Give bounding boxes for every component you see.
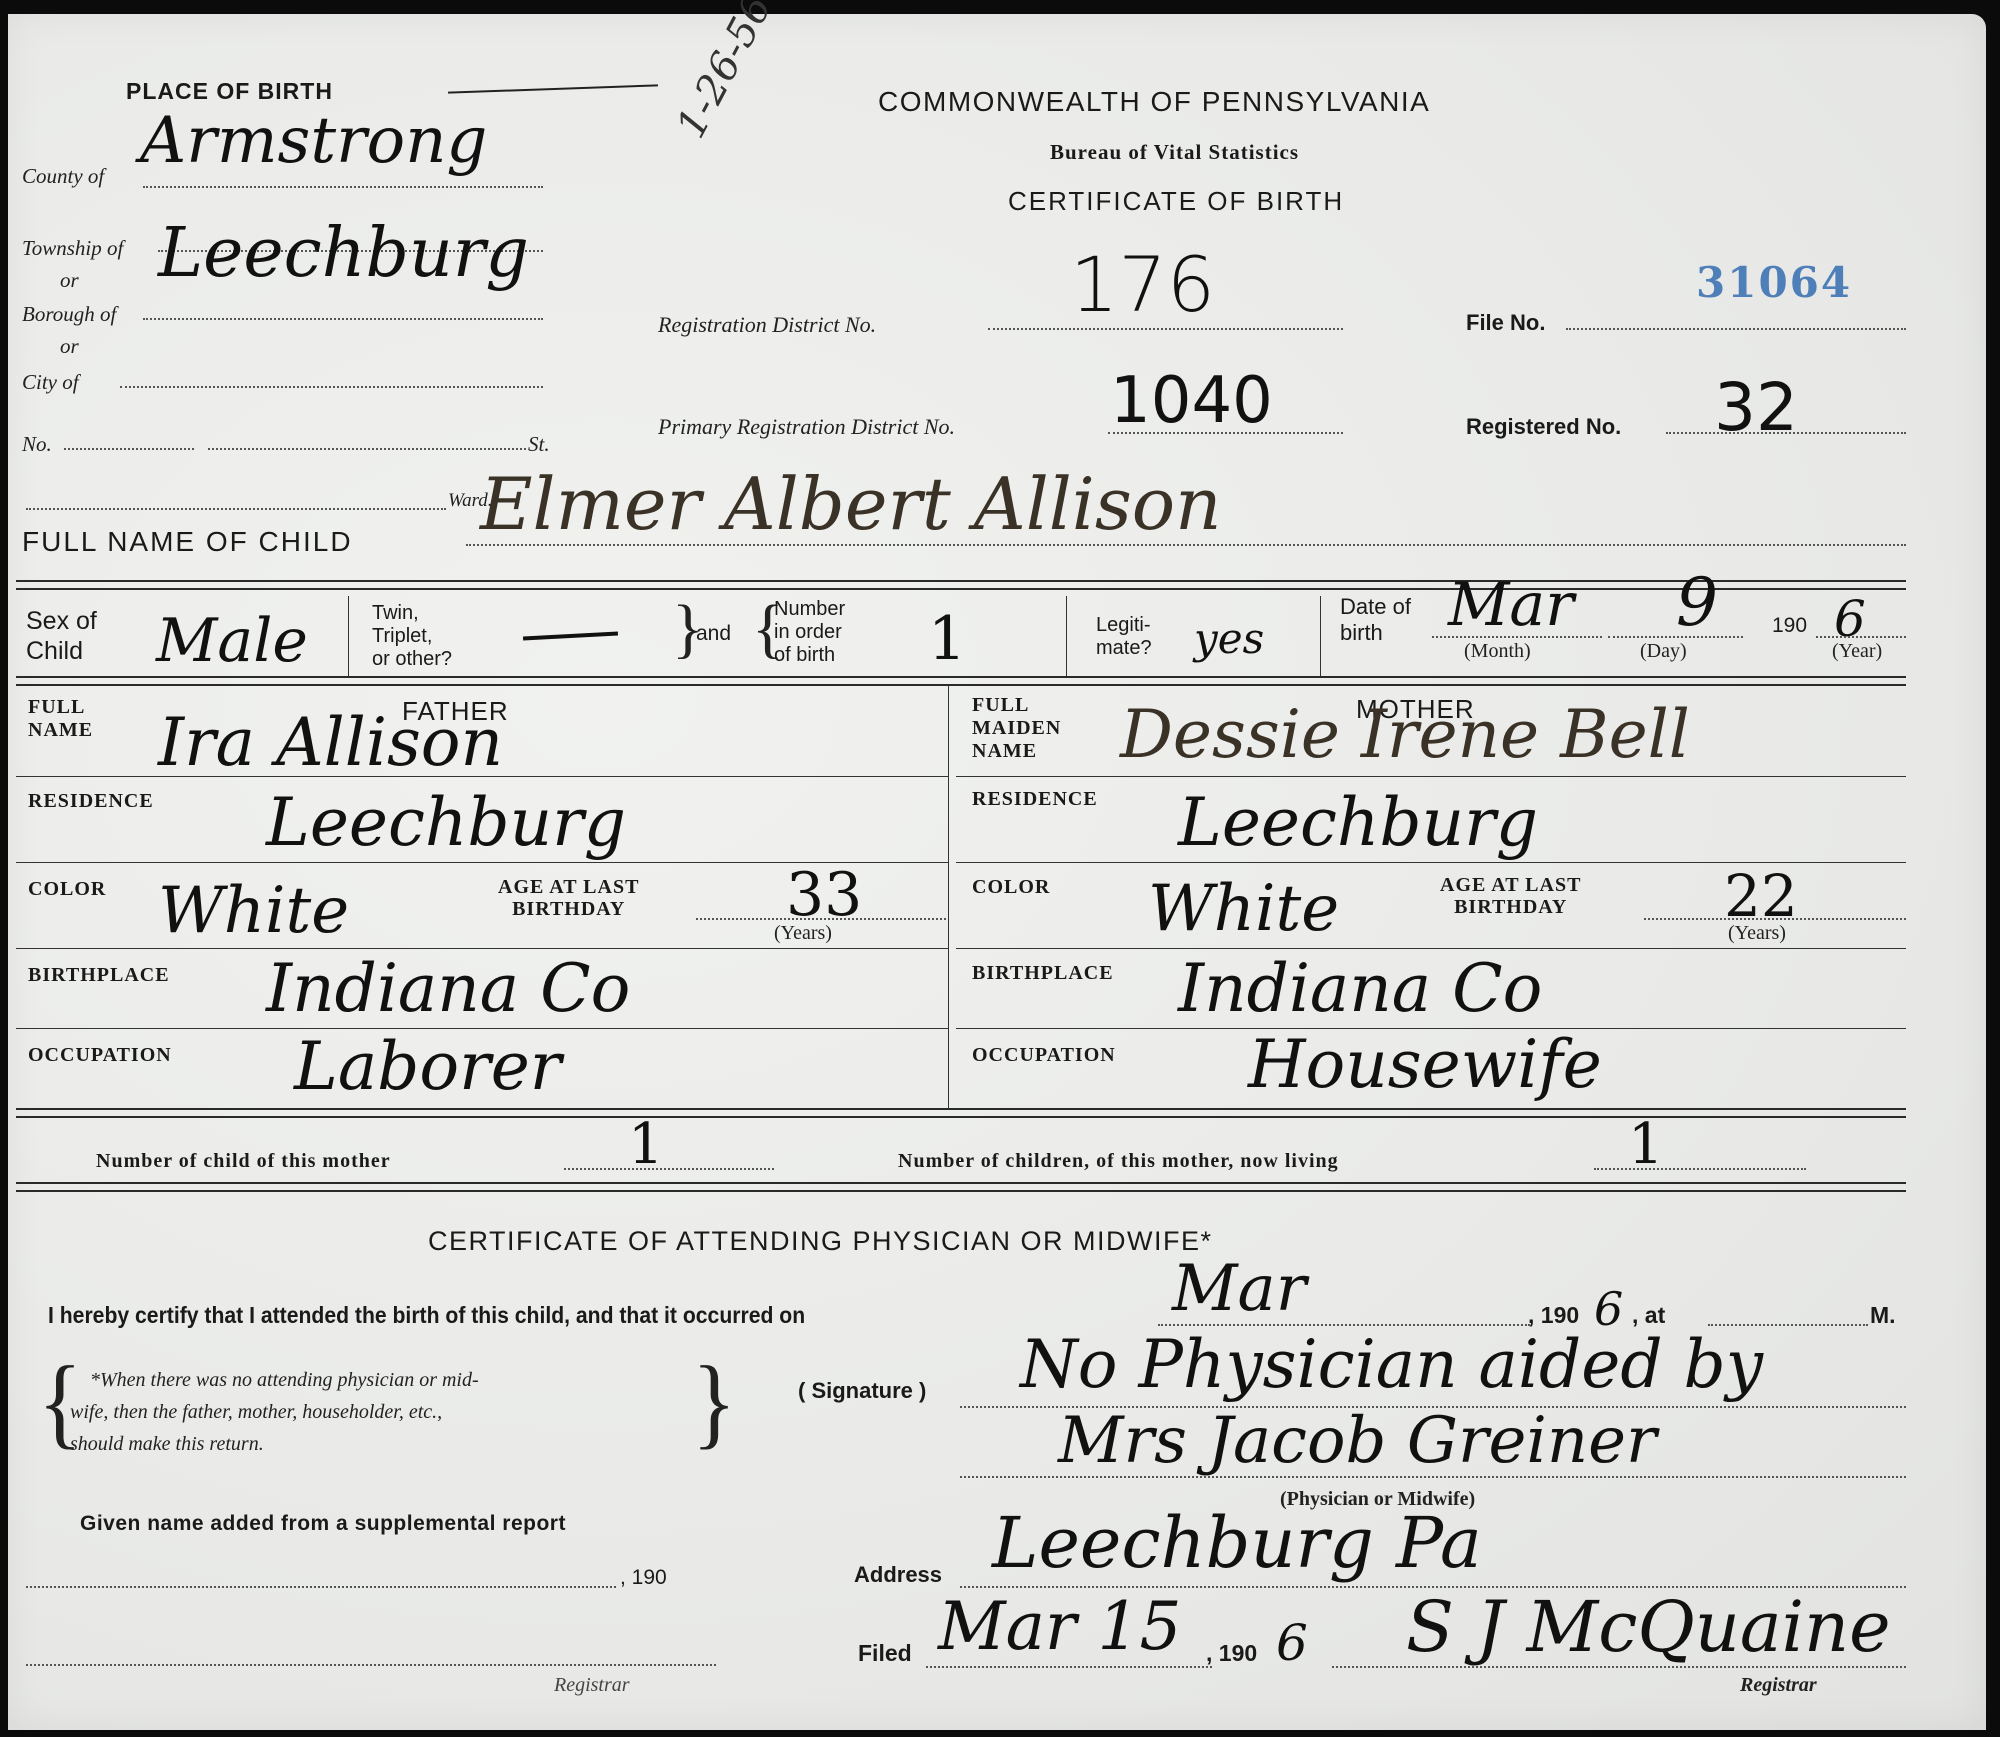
legitimate-label: Legiti- mate?	[1096, 614, 1152, 660]
twin-label: Twin, Triplet, or other?	[372, 602, 452, 671]
divider	[956, 776, 1906, 777]
footnote-brace-right: }	[692, 1351, 736, 1452]
file-no-line	[1566, 328, 1906, 330]
occurred-month: Mar	[1172, 1252, 1306, 1326]
mother-birthplace-value: Indiana Co	[1178, 950, 1542, 1027]
divider	[1320, 596, 1321, 676]
year-caption: (Year)	[1832, 640, 1882, 663]
city-label: City of	[22, 370, 79, 395]
divider	[16, 684, 1906, 686]
filed-date-line	[926, 1666, 1212, 1668]
number-of-child-label: Number of child of this mother	[96, 1150, 391, 1173]
at-label: , at	[1632, 1302, 1665, 1329]
state-title: COMMONWEALTH OF PENNSYLVANIA	[878, 86, 1430, 118]
mother-age-caption: (Years)	[1728, 922, 1786, 945]
father-name-label: FULL NAME	[28, 696, 93, 742]
mother-occupation-value: Housewife	[1248, 1026, 1602, 1103]
divider	[16, 1190, 1906, 1192]
sex-value: Male	[156, 606, 308, 676]
street-line	[208, 448, 526, 450]
order-value: 1	[928, 604, 966, 674]
street-no-label: No.	[22, 432, 52, 457]
divider	[16, 1108, 1906, 1110]
number-of-child-line	[564, 1168, 774, 1170]
divider	[16, 1182, 1906, 1184]
dob-label: Date of birth	[1340, 594, 1411, 646]
registrar-signature: S J McQuaine	[1406, 1586, 1891, 1668]
dob-day: 9	[1676, 564, 1718, 641]
street-no-line	[64, 448, 194, 450]
certificate-title: CERTIFICATE OF BIRTH	[1008, 186, 1344, 217]
borough-label: Borough of	[22, 302, 116, 327]
divider	[16, 1116, 1906, 1118]
father-age-caption: (Years)	[774, 922, 832, 945]
father-color-value: White	[158, 874, 349, 948]
and-label: and	[696, 622, 731, 646]
supplemental-registrar-caption: Registrar	[554, 1674, 630, 1697]
mother-residence-label: RESIDENCE	[972, 788, 1098, 811]
dob-day-line	[1608, 636, 1743, 638]
primary-registration-district-label: Primary Registration District No.	[658, 414, 955, 440]
filed-date-value: Mar 15	[938, 1588, 1181, 1665]
divider	[348, 596, 349, 676]
county-label: County of	[22, 164, 104, 189]
child-name-value: Elmer Albert Allison	[480, 462, 1221, 546]
father-residence-label: RESIDENCE	[28, 790, 154, 813]
certify-text: I hereby certify that I attended the bir…	[48, 1302, 805, 1329]
legitimate-value: yes	[1194, 614, 1264, 663]
supplemental-name-line	[26, 1586, 616, 1588]
m-label: M.	[1870, 1302, 1896, 1329]
mother-birthplace-label: BIRTHPLACE	[972, 962, 1114, 985]
dob-month: Mar	[1448, 570, 1574, 640]
child-name-line	[466, 544, 1906, 546]
attendant-heading: CERTIFICATE OF ATTENDING PHYSICIAN OR MI…	[428, 1226, 1213, 1257]
father-birthplace-value: Indiana Co	[266, 950, 630, 1027]
divider	[16, 676, 1906, 678]
father-occupation-label: OCCUPATION	[28, 1044, 172, 1067]
father-age-value: 33	[786, 860, 862, 930]
address-label: Address	[854, 1562, 942, 1588]
mother-name-value: Dessie Irene Bell	[1120, 696, 1690, 773]
dob-century: 190	[1772, 614, 1807, 638]
or-label-2: or	[60, 334, 79, 359]
signature-value-2: Mrs Jacob Greiner	[1058, 1404, 1657, 1478]
city-line	[120, 386, 543, 388]
bureau-title: Bureau of Vital Statistics	[1050, 140, 1299, 165]
father-name-value: Ira Allison	[158, 704, 503, 781]
borough-line	[143, 318, 543, 320]
filed-century: , 190	[1206, 1640, 1257, 1667]
divider	[16, 588, 1906, 590]
supplemental-label: Given name added from a supplemental rep…	[80, 1512, 566, 1536]
number-of-child-value: 1	[628, 1112, 664, 1177]
mother-color-label: COLOR	[972, 876, 1050, 899]
divider	[16, 580, 1906, 582]
ward-line	[26, 508, 446, 510]
sex-label: Sex of Child	[26, 606, 97, 666]
registration-district-label: Registration District No.	[658, 312, 876, 338]
supplemental-registrar-line	[26, 1664, 716, 1666]
registrar-caption: Registrar	[1740, 1674, 1817, 1697]
occurred-century: , 190	[1528, 1302, 1579, 1329]
place-of-birth-heading: PLACE OF BIRTH	[126, 78, 333, 105]
address-value: Leechburg Pa	[992, 1502, 1482, 1584]
or-label-1: or	[60, 268, 79, 293]
birth-certificate-page: PLACE OF BIRTH County of Armstrong Towns…	[8, 14, 1986, 1730]
street-label: St.	[528, 432, 550, 457]
dob-year-line	[1816, 636, 1906, 638]
parents-divider	[948, 686, 949, 1110]
father-birthplace-label: BIRTHPLACE	[28, 964, 170, 987]
divider	[1066, 596, 1067, 676]
primary-registration-district-value: 1040	[1110, 364, 1273, 438]
supplemental-century: , 190	[620, 1566, 667, 1590]
divider	[956, 948, 1906, 949]
dob-month-line	[1432, 636, 1602, 638]
registered-no-label: Registered No.	[1466, 414, 1621, 440]
registered-no-value: 32	[1714, 369, 1798, 446]
mother-residence-value: Leechburg	[1178, 784, 1538, 861]
date-annotation: 1-26-56	[668, 0, 781, 146]
borough-value: Leechburg	[158, 214, 529, 293]
mother-color-value: White	[1148, 872, 1339, 946]
mother-age-value: 22	[1724, 862, 1798, 930]
county-line	[143, 186, 543, 188]
children-living-value: 1	[1628, 1112, 1664, 1177]
father-residence-value: Leechburg	[266, 784, 626, 861]
filed-year: 6	[1276, 1614, 1308, 1672]
registration-district-value: 176	[1070, 240, 1215, 329]
signature-label: ( Signature )	[798, 1378, 926, 1404]
father-age-label: AGE AT LAST BIRTHDAY	[498, 876, 639, 920]
children-living-line	[1594, 1168, 1806, 1170]
footnote-text: *When there was no attending physician o…	[70, 1364, 479, 1460]
file-number-stamp: 31064	[1696, 258, 1852, 307]
order-label: Number in order of birth	[774, 598, 845, 667]
county-value: Armstrong	[140, 104, 487, 178]
township-label: Township of	[22, 236, 123, 261]
mother-age-label: AGE AT LAST BIRTHDAY	[1440, 874, 1581, 918]
heading-pen-stroke	[448, 84, 658, 93]
child-name-label: FULL NAME OF CHILD	[22, 526, 353, 558]
signature-value-1: No Physician aided by	[1020, 1326, 1763, 1403]
children-living-label: Number of children, of this mother, now …	[898, 1150, 1339, 1173]
twin-value-dash	[523, 632, 618, 641]
divider	[16, 948, 948, 949]
month-caption: (Month)	[1464, 640, 1531, 663]
mother-name-label: FULL MAIDEN NAME	[972, 694, 1061, 763]
mother-occupation-label: OCCUPATION	[972, 1044, 1116, 1067]
file-no-label: File No.	[1466, 310, 1545, 336]
father-occupation-value: Laborer	[294, 1028, 561, 1105]
filed-label: Filed	[858, 1640, 912, 1667]
day-caption: (Day)	[1640, 640, 1687, 663]
father-color-label: COLOR	[28, 878, 106, 901]
